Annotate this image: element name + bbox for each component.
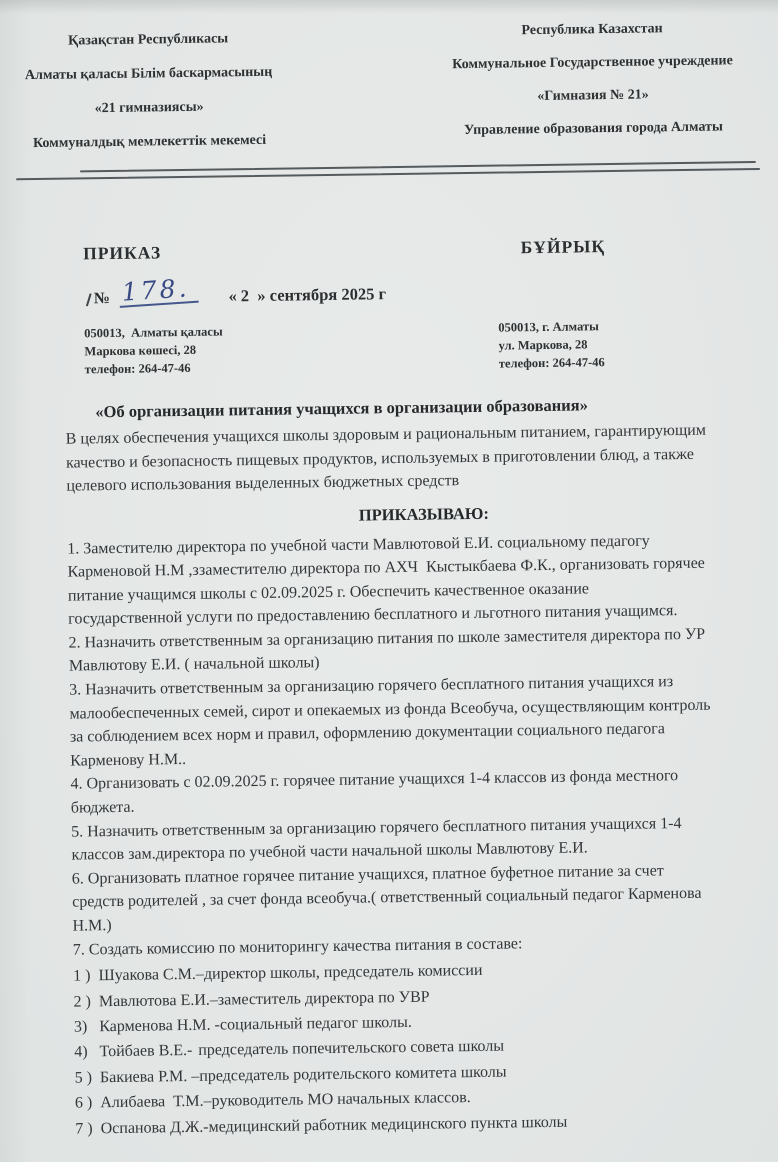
member-role: директор школы, председатель комиссии [204, 958, 483, 987]
order-title-row: ПРИКАЗ БҰЙРЫҚ [0, 234, 773, 266]
letterhead-line: Қазақстан Республикасы [6, 21, 290, 59]
letterhead-divider [0, 161, 772, 181]
member-name: 1 ) Шуакова С.М.– [73, 962, 204, 989]
resolution-heading: ПРИКАЗЫВАЮ: [359, 503, 489, 525]
scanned-order-document: Қазақстан Республикасы Алматы қаласы Біл… [0, 0, 778, 1162]
pen-mark-icon [86, 293, 92, 306]
document-content: Қазақстан Республикасы Алматы қаласы Біл… [0, 0, 778, 1143]
order-date: « 2 » сентября 2025 г [228, 284, 386, 306]
letterhead-russian-block: Республика Казахстан Коммунальное Госуда… [426, 11, 760, 156]
member-role: заместитель директора по УВР [218, 984, 430, 1012]
member-name: 4) Тойбаев В.Е.- [74, 1038, 198, 1065]
address-line: телефон: 264-47-46 [85, 358, 224, 378]
address-line: 050013, Алматы қаласы [84, 322, 223, 342]
order-title-kazakh: БҰЙРЫҚ [521, 236, 606, 258]
address-russian: 050013, г. Алматы ул. Маркова, 28 телефо… [498, 317, 605, 372]
member-role: руководитель МО начальных классов. [211, 1085, 470, 1114]
member-name: 6 ) Алибаева Т.М.– [75, 1089, 212, 1116]
address-row: 050013, Алматы қаласы Маркова көшесі, 28… [0, 315, 775, 380]
letterhead-line: Управление образования города Алматы [427, 110, 759, 148]
order-subject: «Об организации питания учащихся в орган… [95, 393, 775, 422]
letterhead: Қазақстан Республикасы Алматы қаласы Біл… [0, 0, 772, 162]
order-title-russian: ПРИКАЗ [83, 242, 161, 264]
order-items: 1. Заместителю директора по учебной част… [67, 527, 778, 962]
order-preamble: В целях обеспечения учащихся школы здоро… [66, 418, 777, 498]
order-number-handwritten: 178. [118, 275, 198, 308]
letterhead-kazakh-block: Қазақстан Республикасы Алматы қаласы Біл… [6, 21, 292, 161]
address-line: телефон: 264-47-46 [499, 353, 605, 372]
commission-list: 1 ) Шуакова С.М.– директор школы, предсе… [73, 954, 778, 1142]
address-kazakh: 050013, Алматы қаласы Маркова көшесі, 28… [84, 322, 223, 378]
address-line: 050013, г. Алматы [498, 317, 604, 336]
letterhead-line: «21 гимназиясы» [7, 89, 291, 127]
number-sign: № [94, 290, 110, 308]
member-name: 7 ) Оспанова Д.Ж.- [75, 1114, 209, 1141]
member-name: 2 ) Мавлютова Е.И.– [73, 987, 218, 1014]
letterhead-line: «Гимназия № 21» [427, 77, 759, 115]
address-line: Маркова көшесі, 28 [84, 340, 223, 360]
address-line: ул. Маркова, 28 [498, 335, 604, 354]
letterhead-line: Республика Казахстан [426, 11, 758, 49]
letterhead-line: Коммуналдық мемлекеттік мекемесі [7, 123, 291, 161]
letterhead-line: Алматы қаласы Білім баскармасының [6, 55, 290, 93]
member-role: медицинский работник медицинского пункта… [208, 1109, 567, 1139]
member-name: 5 ) Бакиева Р.М. – [74, 1064, 199, 1091]
member-name: 3) Карменова Н.М. - [74, 1013, 220, 1040]
member-role: социальный педагог школы. [220, 1010, 412, 1038]
order-number-row: № 178. « 2 » сентября 2025 г [0, 271, 774, 310]
letterhead-line: Коммунальное Государственное учреждение [426, 44, 758, 82]
